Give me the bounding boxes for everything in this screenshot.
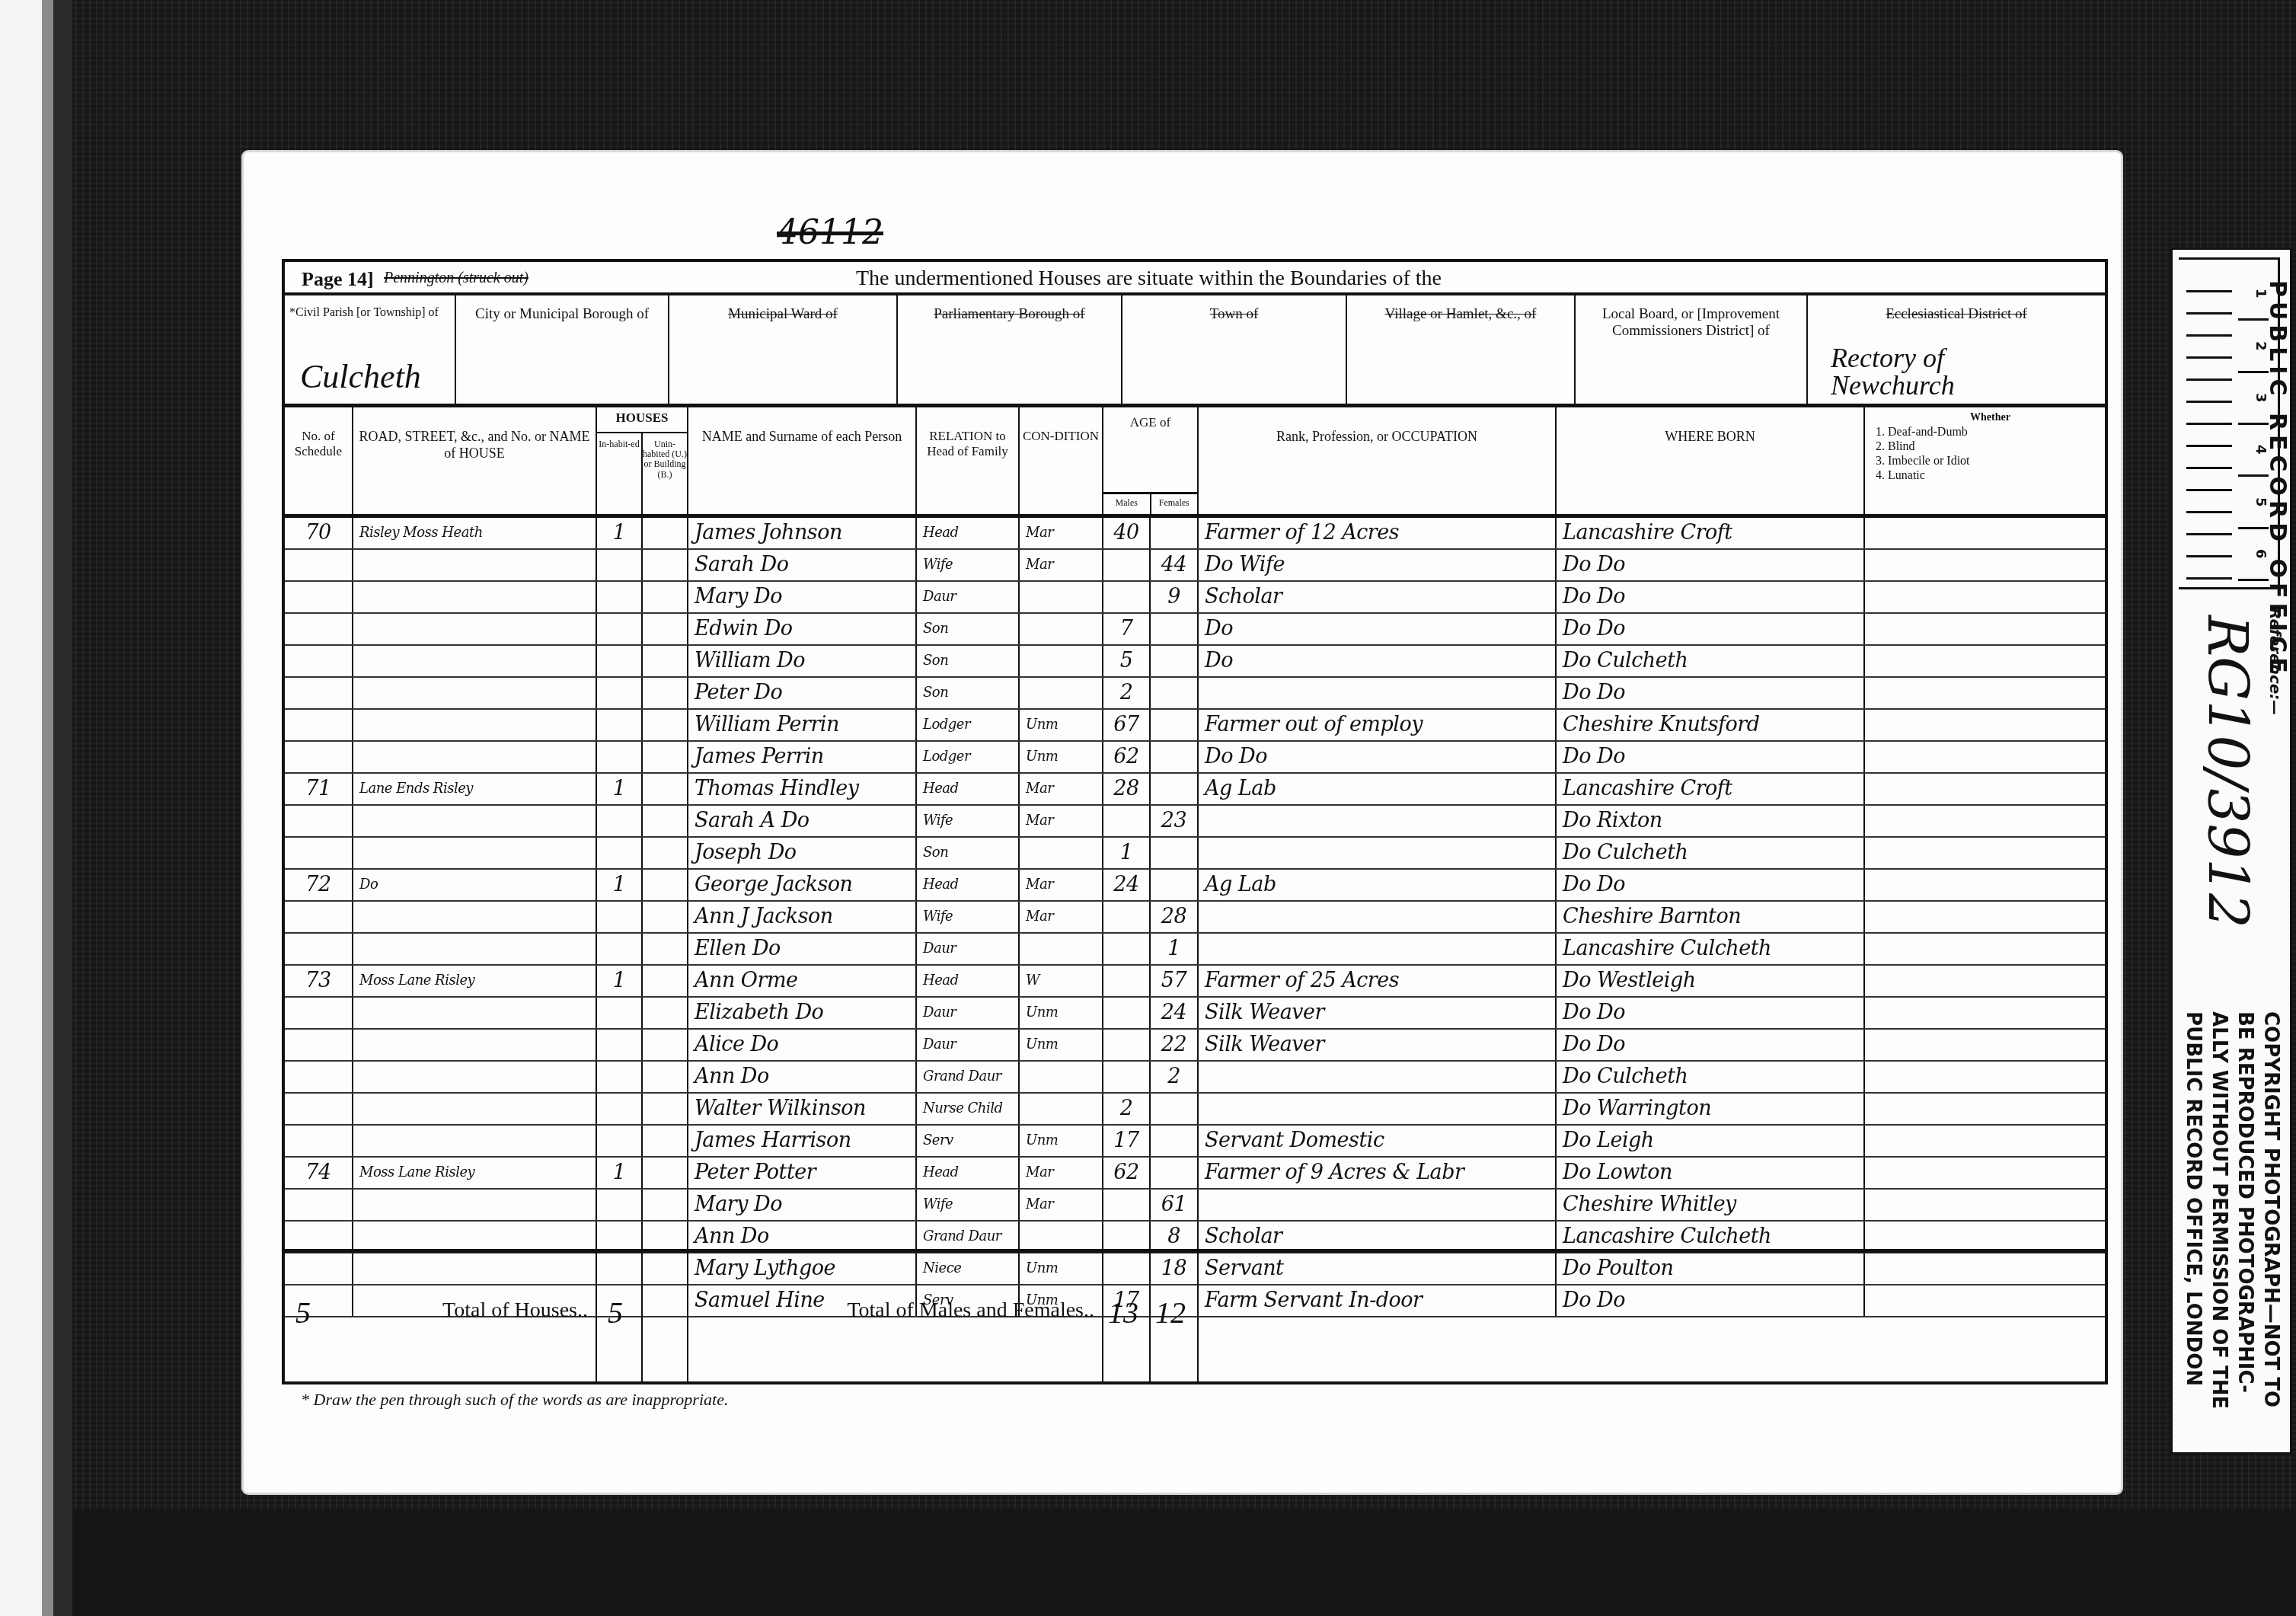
cell-female-age bbox=[1151, 518, 1199, 548]
cell-condition bbox=[1020, 1094, 1103, 1124]
cell-road bbox=[353, 1126, 597, 1156]
total-schedules: 5 bbox=[285, 1253, 353, 1382]
cell-male-age bbox=[1103, 806, 1151, 836]
boundary-label: Municipal Ward of bbox=[669, 295, 896, 323]
cell-female-age bbox=[1151, 870, 1199, 900]
cell-schedule: 71 bbox=[285, 774, 353, 804]
cell-infirmity bbox=[1865, 1222, 2105, 1252]
cell-inhabited bbox=[597, 1126, 643, 1156]
cell-road bbox=[353, 710, 597, 740]
houses-subcols: In-habit-ed Unin-habited (U.) or Buildin… bbox=[597, 432, 687, 514]
cell-male-age: 7 bbox=[1103, 614, 1151, 644]
cell-name: Ann Do bbox=[688, 1062, 917, 1092]
col-label: HOUSES bbox=[597, 407, 687, 426]
cell-occupation bbox=[1199, 1094, 1557, 1124]
cell-condition: Mar bbox=[1020, 774, 1103, 804]
cell-infirmity bbox=[1865, 1094, 2105, 1124]
cell-inhabited bbox=[597, 902, 643, 932]
cell-male-age: 17 bbox=[1103, 1126, 1151, 1156]
cell-occupation bbox=[1199, 902, 1557, 932]
cell-occupation bbox=[1199, 678, 1557, 708]
cell-schedule bbox=[285, 1030, 353, 1060]
total-houses-value: 5 bbox=[608, 1295, 623, 1330]
cell-road bbox=[353, 838, 597, 868]
cell-inhabited: 1 bbox=[597, 966, 643, 996]
cell-male-age bbox=[1103, 550, 1151, 580]
cell-name: Elizabeth Do bbox=[688, 998, 917, 1028]
cell-female-age bbox=[1151, 838, 1199, 868]
cell-relation: Wife bbox=[917, 550, 1020, 580]
table-header: No. of Schedule ROAD, STREET, &c., and N… bbox=[285, 407, 2105, 518]
cell-female-age bbox=[1151, 1158, 1199, 1188]
cell-male-age bbox=[1103, 1190, 1151, 1220]
form-top-row: Page 14] Pennington (struck out) The und… bbox=[285, 262, 2105, 295]
page-label: Page 14] bbox=[302, 268, 374, 291]
cell-uninhabited bbox=[643, 934, 688, 964]
cell-uninhabited bbox=[643, 646, 688, 676]
cell-condition bbox=[1020, 934, 1103, 964]
cell-infirmity bbox=[1865, 646, 2105, 676]
cell-male-age: 1 bbox=[1103, 838, 1151, 868]
total-persons-label: Total of Males and Females.. bbox=[847, 1298, 1094, 1323]
cell-infirmity bbox=[1865, 806, 2105, 836]
footnote: * Draw the pen through such of the words… bbox=[301, 1390, 728, 1410]
cell-road bbox=[353, 998, 597, 1028]
cell-infirmity bbox=[1865, 1126, 2105, 1156]
page-handwritten-note: Pennington (struck out) bbox=[384, 270, 528, 287]
total-houses-label-cell: Total of Houses.. bbox=[353, 1253, 597, 1382]
cell-relation: Head bbox=[917, 966, 1020, 996]
cell-road bbox=[353, 1190, 597, 1220]
cell-relation: Nurse Child bbox=[917, 1094, 1020, 1124]
cell-schedule bbox=[285, 646, 353, 676]
cell-occupation: Servant Domestic bbox=[1199, 1126, 1557, 1156]
cell-female-age: 8 bbox=[1151, 1222, 1199, 1252]
cell-condition: Mar bbox=[1020, 1190, 1103, 1220]
boundary-label: Parliamentary Borough of bbox=[898, 295, 1121, 323]
col-schedule: No. of Schedule bbox=[285, 407, 353, 514]
cell-road bbox=[353, 934, 597, 964]
cell-inhabited bbox=[597, 550, 643, 580]
cell-male-age: 2 bbox=[1103, 678, 1151, 708]
cell-schedule bbox=[285, 614, 353, 644]
cell-where-born: Do Westleigh bbox=[1557, 966, 1865, 996]
cell-name: Edwin Do bbox=[688, 614, 917, 644]
cell-condition: Mar bbox=[1020, 806, 1103, 836]
cell-name: James Johnson bbox=[688, 518, 917, 548]
boundary-label: Village or Hamlet, &c., of bbox=[1347, 295, 1574, 323]
cell-inhabited bbox=[597, 1094, 643, 1124]
col-relation: RELATION to Head of Family bbox=[917, 407, 1020, 514]
cell-where-born: Do Leigh bbox=[1557, 1126, 1865, 1156]
cell-schedule bbox=[285, 806, 353, 836]
cell-relation: Head bbox=[917, 870, 1020, 900]
cell-inhabited bbox=[597, 742, 643, 772]
cell-road: Lane Ends Risley bbox=[353, 774, 597, 804]
cell-schedule bbox=[285, 710, 353, 740]
census-page: 46112 Page 14] Pennington (struck out) T… bbox=[244, 152, 2121, 1493]
cell-infirmity bbox=[1865, 902, 2105, 932]
col-whether: Whether 1. Deaf-and-Dumb 2. Blind 3. Imb… bbox=[1865, 407, 2105, 514]
cell-relation: Grand Daur bbox=[917, 1062, 1020, 1092]
cell-schedule bbox=[285, 742, 353, 772]
cell-female-age: 22 bbox=[1151, 1030, 1199, 1060]
cell-where-born: Do Do bbox=[1557, 614, 1865, 644]
census-row: Walter WilkinsonNurse Child2Do Warringto… bbox=[285, 1094, 2105, 1126]
cell-uninhabited bbox=[643, 1094, 688, 1124]
cell-occupation: Scholar bbox=[1199, 582, 1557, 612]
cell-schedule bbox=[285, 1094, 353, 1124]
cell-inhabited bbox=[597, 646, 643, 676]
cell-occupation: Do Wife bbox=[1199, 550, 1557, 580]
cell-name: Peter Do bbox=[688, 678, 917, 708]
cell-female-age: 9 bbox=[1151, 582, 1199, 612]
whether-title: Whether bbox=[1876, 412, 2105, 425]
census-row: Ann J JacksonWifeMar28Cheshire Barnton bbox=[285, 902, 2105, 934]
cell-road: Do bbox=[353, 870, 597, 900]
cell-schedule bbox=[285, 934, 353, 964]
cell-occupation: Do bbox=[1199, 614, 1557, 644]
cell-inhabited: 1 bbox=[597, 1158, 643, 1188]
col-inhabited: In-habit-ed bbox=[597, 433, 643, 514]
cell-infirmity bbox=[1865, 614, 2105, 644]
cell-relation: Serv bbox=[917, 1126, 1020, 1156]
cell-uninhabited bbox=[643, 966, 688, 996]
cell-relation: Son bbox=[917, 646, 1020, 676]
cell-infirmity bbox=[1865, 678, 2105, 708]
census-row: Alice DoDaurUnm22Silk WeaverDo Do bbox=[285, 1030, 2105, 1062]
cell-inhabited bbox=[597, 806, 643, 836]
cell-female-age bbox=[1151, 710, 1199, 740]
cell-occupation: Do Do bbox=[1199, 742, 1557, 772]
cell-occupation bbox=[1199, 1062, 1557, 1092]
census-row: James HarrisonServUnm17Servant DomesticD… bbox=[285, 1126, 2105, 1158]
col-label: CON-DITION bbox=[1020, 407, 1102, 444]
boundary-label: City or Municipal Borough of bbox=[456, 295, 668, 323]
cell-schedule: 70 bbox=[285, 518, 353, 548]
cell-where-born: Cheshire Knutsford bbox=[1557, 710, 1865, 740]
cell-infirmity bbox=[1865, 870, 2105, 900]
census-row: Mary DoWifeMar61Cheshire Whitley bbox=[285, 1190, 2105, 1222]
cell-infirmity bbox=[1865, 774, 2105, 804]
census-row: Joseph DoSon1Do Culcheth bbox=[285, 838, 2105, 870]
total-houses-cell: 5 bbox=[597, 1253, 643, 1382]
cell-male-age: 24 bbox=[1103, 870, 1151, 900]
census-row: William DoSon5DoDo Culcheth bbox=[285, 646, 2105, 678]
cell-infirmity bbox=[1865, 518, 2105, 548]
col-age: AGE of Males Females bbox=[1103, 407, 1199, 514]
cell-condition: Mar bbox=[1020, 550, 1103, 580]
cell-relation: Son bbox=[917, 614, 1020, 644]
cell-relation: Daur bbox=[917, 934, 1020, 964]
cell-male-age bbox=[1103, 582, 1151, 612]
cell-relation: Wife bbox=[917, 1190, 1020, 1220]
cell-infirmity bbox=[1865, 710, 2105, 740]
cell-relation: Daur bbox=[917, 1030, 1020, 1060]
cell-male-age bbox=[1103, 1062, 1151, 1092]
boundary-label: *Civil Parish [or Township] of bbox=[285, 295, 455, 320]
col-uninhabited: Unin-habited (U.) or Building (B.) bbox=[643, 433, 687, 514]
cell-schedule bbox=[285, 1222, 353, 1252]
census-row: Elizabeth DoDaurUnm24Silk WeaverDo Do bbox=[285, 998, 2105, 1030]
cell-male-age: 62 bbox=[1103, 742, 1151, 772]
cell-road bbox=[353, 582, 597, 612]
boundary-parliamentary: Parliamentary Borough of bbox=[898, 295, 1122, 404]
cell-uninhabited bbox=[643, 518, 688, 548]
col-name: NAME and Surname of each Person bbox=[688, 407, 917, 514]
whether-item: 1. Deaf-and-Dumb bbox=[1876, 425, 2105, 439]
census-row: Ann DoGrand Daur2Do Culcheth bbox=[285, 1062, 2105, 1094]
cell-inhabited: 1 bbox=[597, 518, 643, 548]
cell-female-age: 44 bbox=[1151, 550, 1199, 580]
census-row: James PerrinLodgerUnm62Do DoDo Do bbox=[285, 742, 2105, 774]
col-label: WHERE BORN bbox=[1557, 407, 1863, 446]
cell-where-born: Do Warrington bbox=[1557, 1094, 1865, 1124]
copyright-line: COPYRIGHT PHOTOGRAPH—NOT TO bbox=[2258, 1011, 2284, 1409]
cell-name: Sarah Do bbox=[688, 550, 917, 580]
cell-name: Ellen Do bbox=[688, 934, 917, 964]
col-label: ROAD, STREET, &c., and No. or NAME of HO… bbox=[353, 407, 596, 461]
census-row: William PerrinLodgerUnm67Farmer out of e… bbox=[285, 710, 2105, 742]
cell-condition bbox=[1020, 582, 1103, 612]
cell-schedule bbox=[285, 678, 353, 708]
cell-uninhabited bbox=[643, 1030, 688, 1060]
cell-road bbox=[353, 1062, 597, 1092]
cell-uninhabited bbox=[643, 998, 688, 1028]
age-subcols: Males Females bbox=[1103, 492, 1197, 514]
cell-occupation bbox=[1199, 934, 1557, 964]
boundary-municipal-ward: Municipal Ward of bbox=[669, 295, 898, 404]
cell-road bbox=[353, 614, 597, 644]
boundary-label: Town of bbox=[1122, 295, 1346, 323]
cell-where-born: Do Do bbox=[1557, 550, 1865, 580]
cell-road bbox=[353, 806, 597, 836]
cell-schedule bbox=[285, 902, 353, 932]
cell-schedule bbox=[285, 838, 353, 868]
cell-inhabited bbox=[597, 998, 643, 1028]
cell-where-born: Do Rixton bbox=[1557, 806, 1865, 836]
cell-uninhabited bbox=[643, 550, 688, 580]
total-houses-label: Total of Houses.. bbox=[442, 1298, 588, 1323]
reference-label: Reference:— bbox=[2266, 608, 2285, 715]
cell-relation: Head bbox=[917, 774, 1020, 804]
cell-female-age: 23 bbox=[1151, 806, 1199, 836]
total-blank bbox=[1199, 1253, 2105, 1382]
cell-name: Sarah A Do bbox=[688, 806, 917, 836]
cell-uninhabited bbox=[643, 1126, 688, 1156]
cell-where-born: Cheshire Whitley bbox=[1557, 1190, 1865, 1220]
cell-female-age bbox=[1151, 678, 1199, 708]
cell-where-born: Do Do bbox=[1557, 742, 1865, 772]
cell-occupation: Farmer of 25 Acres bbox=[1199, 966, 1557, 996]
cell-name: Alice Do bbox=[688, 1030, 917, 1060]
cell-occupation bbox=[1199, 838, 1557, 868]
boundaries-row: *Civil Parish [or Township] of Culcheth … bbox=[285, 295, 2105, 407]
cell-name: Ann Do bbox=[688, 1222, 917, 1252]
cell-road bbox=[353, 1094, 597, 1124]
cell-inhabited bbox=[597, 1222, 643, 1252]
totals-row: 5 Total of Houses.. 5 Total of Males and… bbox=[285, 1249, 2105, 1382]
cell-name: George Jackson bbox=[688, 870, 917, 900]
cell-uninhabited bbox=[643, 678, 688, 708]
cell-road bbox=[353, 550, 597, 580]
cell-name: Walter Wilkinson bbox=[688, 1094, 917, 1124]
census-row: Sarah A DoWifeMar23Do Rixton bbox=[285, 806, 2105, 838]
cell-name: Ann J Jackson bbox=[688, 902, 917, 932]
cell-condition bbox=[1020, 678, 1103, 708]
col-label: NAME and Surname of each Person bbox=[688, 407, 915, 446]
cell-male-age: 67 bbox=[1103, 710, 1151, 740]
cell-schedule bbox=[285, 582, 353, 612]
copyright-line: PUBLIC RECORD OFFICE, LONDON bbox=[2180, 1011, 2206, 1409]
cell-female-age: 61 bbox=[1151, 1190, 1199, 1220]
cell-relation: Head bbox=[917, 518, 1020, 548]
cell-relation: Wife bbox=[917, 806, 1020, 836]
schedules-mark: 5 bbox=[295, 1295, 311, 1330]
cell-uninhabited bbox=[643, 902, 688, 932]
col-condition: CON-DITION bbox=[1020, 407, 1103, 514]
cell-road bbox=[353, 742, 597, 772]
cell-road bbox=[353, 902, 597, 932]
table-body: 70Risley Moss Heath1James JohnsonHeadMar… bbox=[285, 518, 2105, 1249]
cell-uninhabited bbox=[643, 1190, 688, 1220]
cell-female-age bbox=[1151, 742, 1199, 772]
boundary-label: Ecclesiastical District of bbox=[1808, 295, 2105, 323]
census-row: Ellen DoDaur1Lancashire Culcheth bbox=[285, 934, 2105, 966]
cell-male-age: 28 bbox=[1103, 774, 1151, 804]
cell-relation: Grand Daur bbox=[917, 1222, 1020, 1252]
census-row: Edwin DoSon7DoDo Do bbox=[285, 614, 2105, 646]
cell-relation: Lodger bbox=[917, 710, 1020, 740]
cell-schedule bbox=[285, 1190, 353, 1220]
cell-condition: Mar bbox=[1020, 902, 1103, 932]
total-females-cell: 12 bbox=[1151, 1253, 1199, 1382]
boundary-ecclesiastical: Ecclesiastical District of Rectory of Ne… bbox=[1808, 295, 2105, 404]
total-males-value: 13 bbox=[1108, 1295, 1138, 1330]
cell-occupation: Scholar bbox=[1199, 1222, 1557, 1252]
cell-name: Joseph Do bbox=[688, 838, 917, 868]
cell-male-age bbox=[1103, 934, 1151, 964]
form-title: The undermentioned Houses are situate wi… bbox=[856, 267, 1442, 291]
total-persons-label-cell: Total of Males and Females.. bbox=[688, 1253, 1103, 1382]
col-label: RELATION to Head of Family bbox=[917, 407, 1018, 460]
cell-uninhabited bbox=[643, 582, 688, 612]
cell-name: Mary Do bbox=[688, 582, 917, 612]
census-row: 73Moss Lane Risley1Ann OrmeHeadW57Farmer… bbox=[285, 966, 2105, 998]
col-where-born: WHERE BORN bbox=[1557, 407, 1865, 514]
cell-condition bbox=[1020, 614, 1103, 644]
cell-uninhabited bbox=[643, 710, 688, 740]
census-row: Sarah DoWifeMar44Do WifeDo Do bbox=[285, 550, 2105, 582]
cell-uninhabited bbox=[643, 1222, 688, 1252]
cell-name: William Do bbox=[688, 646, 917, 676]
cell-inhabited bbox=[597, 710, 643, 740]
census-row: 71Lane Ends Risley1Thomas HindleyHeadMar… bbox=[285, 774, 2105, 806]
cell-uninhabited bbox=[643, 742, 688, 772]
cell-relation: Head bbox=[917, 1158, 1020, 1188]
cell-where-born: Lancashire Croft bbox=[1557, 774, 1865, 804]
cell-road: Moss Lane Risley bbox=[353, 966, 597, 996]
cell-condition: Unm bbox=[1020, 710, 1103, 740]
cell-schedule bbox=[285, 998, 353, 1028]
cell-male-age bbox=[1103, 1222, 1151, 1252]
cell-female-age: 24 bbox=[1151, 998, 1199, 1028]
cell-infirmity bbox=[1865, 550, 2105, 580]
cell-female-age: 28 bbox=[1151, 902, 1199, 932]
cell-where-born: Do Culcheth bbox=[1557, 838, 1865, 868]
cell-occupation: Do bbox=[1199, 646, 1557, 676]
cell-relation: Lodger bbox=[917, 742, 1020, 772]
cell-inhabited bbox=[597, 838, 643, 868]
cell-occupation: Silk Weaver bbox=[1199, 998, 1557, 1028]
cell-occupation: Farmer of 12 Acres bbox=[1199, 518, 1557, 548]
cell-male-age bbox=[1103, 998, 1151, 1028]
cell-occupation: Ag Lab bbox=[1199, 870, 1557, 900]
cell-infirmity bbox=[1865, 1062, 2105, 1092]
col-occupation: Rank, Profession, or OCCUPATION bbox=[1199, 407, 1557, 514]
cell-name: Ann Orme bbox=[688, 966, 917, 996]
whether-item: 2. Blind bbox=[1876, 439, 2105, 454]
cell-where-born: Do Do bbox=[1557, 870, 1865, 900]
cell-schedule bbox=[285, 550, 353, 580]
cell-schedule bbox=[285, 1062, 353, 1092]
cell-where-born: Do Do bbox=[1557, 582, 1865, 612]
cell-where-born: Lancashire Croft bbox=[1557, 518, 1865, 548]
cell-female-age bbox=[1151, 614, 1199, 644]
boundary-civil-parish: *Civil Parish [or Township] of Culcheth bbox=[285, 295, 456, 404]
copyright-line: ALLY WITHOUT PERMISSION OF THE bbox=[2206, 1011, 2232, 1409]
cell-inhabited bbox=[597, 1190, 643, 1220]
cell-where-born: Do Culcheth bbox=[1557, 1062, 1865, 1092]
census-row: 72Do1George JacksonHeadMar24Ag LabDo Do bbox=[285, 870, 2105, 902]
cell-name: Peter Potter bbox=[688, 1158, 917, 1188]
cell-condition bbox=[1020, 838, 1103, 868]
cell-road bbox=[353, 1030, 597, 1060]
cell-infirmity bbox=[1865, 582, 2105, 612]
cell-where-born: Do Do bbox=[1557, 1030, 1865, 1060]
cell-relation: Son bbox=[917, 838, 1020, 868]
cell-condition: Mar bbox=[1020, 518, 1103, 548]
cell-female-age: 1 bbox=[1151, 934, 1199, 964]
col-males: Males bbox=[1103, 494, 1151, 514]
cell-male-age: 2 bbox=[1103, 1094, 1151, 1124]
col-houses: HOUSES In-habit-ed Unin-habited (U.) or … bbox=[597, 407, 688, 514]
cell-inhabited bbox=[597, 678, 643, 708]
census-row: 70Risley Moss Heath1James JohnsonHeadMar… bbox=[285, 518, 2105, 550]
film-edge bbox=[0, 0, 72, 1616]
boundary-village: Village or Hamlet, &c., of bbox=[1347, 295, 1576, 404]
cell-uninhabited bbox=[643, 614, 688, 644]
total-uninhabited-cell bbox=[643, 1253, 688, 1382]
cell-uninhabited bbox=[643, 806, 688, 836]
cell-uninhabited bbox=[643, 838, 688, 868]
cell-condition: Mar bbox=[1020, 870, 1103, 900]
cell-road bbox=[353, 678, 597, 708]
cell-infirmity bbox=[1865, 838, 2105, 868]
cell-inhabited: 1 bbox=[597, 870, 643, 900]
cell-road bbox=[353, 1222, 597, 1252]
cell-where-born: Lancashire Culcheth bbox=[1557, 1222, 1865, 1252]
census-row: Mary DoDaur9ScholarDo Do bbox=[285, 582, 2105, 614]
cell-infirmity bbox=[1865, 1030, 2105, 1060]
cell-condition bbox=[1020, 1222, 1103, 1252]
col-label: No. of Schedule bbox=[285, 407, 352, 460]
boundary-value: Culcheth bbox=[300, 357, 421, 396]
cell-relation: Daur bbox=[917, 582, 1020, 612]
boundary-local-board: Local Board, or [Improvement Commissione… bbox=[1576, 295, 1808, 404]
boundary-label: Local Board, or [Improvement Commissione… bbox=[1576, 295, 1806, 340]
reference-value: RG10/3912 bbox=[2195, 615, 2259, 928]
